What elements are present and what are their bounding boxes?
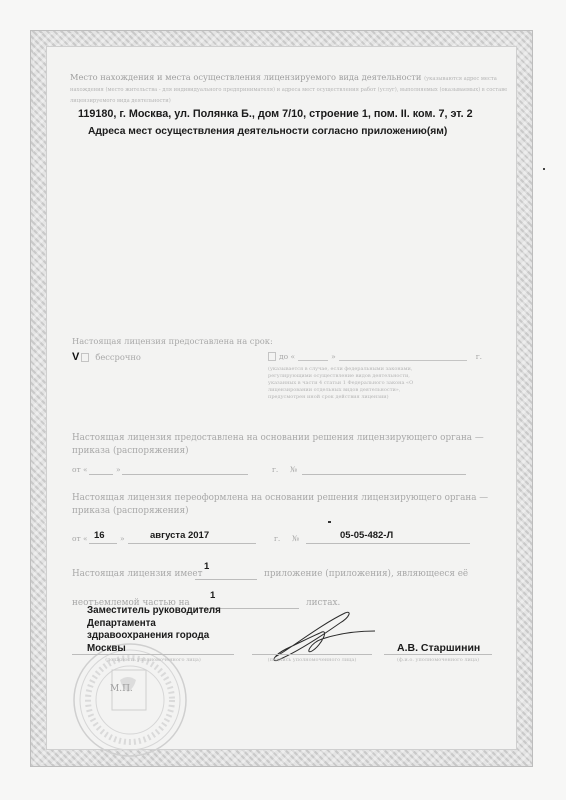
granted-number-field[interactable] bbox=[302, 474, 466, 475]
position-line bbox=[72, 654, 234, 655]
check-mark-icon: V bbox=[72, 351, 79, 363]
granted-date-row: от « » г. № bbox=[72, 465, 412, 477]
main-address: 119180, г. Москва, ул. Полянка Б., дом 7… bbox=[78, 108, 473, 120]
stamp-label: М.П. bbox=[110, 684, 133, 694]
indefinite-checkbox[interactable] bbox=[81, 353, 89, 362]
reissued-number-label: № bbox=[292, 534, 299, 543]
until-checkbox[interactable] bbox=[268, 352, 276, 361]
until-prefix: до « bbox=[279, 352, 295, 361]
reissued-number-line bbox=[306, 543, 470, 544]
until-month-year-field[interactable] bbox=[339, 352, 467, 361]
stray-dot bbox=[543, 168, 545, 170]
appendix-count: 1 bbox=[204, 561, 209, 572]
signature-line bbox=[252, 654, 372, 655]
granted-day-field[interactable] bbox=[89, 474, 113, 475]
indefinite-option[interactable]: V бессрочно bbox=[72, 351, 141, 363]
reissued-close-quote: » bbox=[120, 534, 125, 543]
signature-caption: (подпись уполномоченного лица) bbox=[252, 657, 372, 663]
term-label: Настоящая лицензия предоставлена на срок… bbox=[72, 336, 273, 346]
reissued-number: 05-05-482-Л bbox=[340, 530, 393, 541]
appendix-text-after: приложение (приложения), являющееся её bbox=[264, 569, 468, 579]
addresses-note: Адреса мест осуществления деятельности с… bbox=[88, 126, 447, 137]
granted-year-label: г. bbox=[272, 465, 278, 474]
until-close-quote: » bbox=[331, 352, 336, 361]
name-line bbox=[384, 654, 492, 655]
reissued-day: 16 bbox=[94, 530, 105, 541]
reissued-from-label: от « bbox=[72, 534, 88, 543]
reissued-date-row: от « 16 » августа 2017 г. № 05-05-482-Л bbox=[72, 530, 432, 544]
signatory-position: Заместитель руководителя Департамента зд… bbox=[87, 605, 221, 655]
until-day-field[interactable] bbox=[298, 352, 328, 361]
granted-from-label: от « bbox=[72, 465, 88, 474]
signatory-name: А.В. Старшинин bbox=[397, 642, 480, 654]
location-heading-block: Место нахождения и места осуществления л… bbox=[70, 72, 510, 105]
indefinite-label: бессрочно bbox=[95, 352, 141, 362]
name-caption: (ф.и.о. уполномоченного лица) bbox=[384, 657, 492, 663]
signature-icon bbox=[250, 605, 380, 665]
reissued-text: Настоящая лицензия переоформлена на осно… bbox=[72, 492, 492, 518]
position-line-3: здравоохранения города bbox=[87, 630, 221, 643]
appendix-row-1: Настоящая лицензия имеет 1 приложение (п… bbox=[72, 566, 502, 580]
reissued-month-year-line bbox=[128, 543, 256, 544]
granted-number-label: № bbox=[290, 465, 297, 474]
reissued-month-year: августа 2017 bbox=[150, 530, 209, 541]
position-line-2: Департамента bbox=[87, 618, 221, 631]
reissued-day-line bbox=[89, 543, 117, 544]
position-line-1: Заместитель руководителя bbox=[87, 605, 221, 618]
granted-close-quote: » bbox=[116, 465, 121, 474]
granted-text: Настоящая лицензия предоставлена на осно… bbox=[72, 432, 492, 458]
appendix-text-before: Настоящая лицензия имеет bbox=[72, 569, 203, 579]
location-heading: Место нахождения и места осуществления л… bbox=[70, 72, 421, 82]
until-note: (указывается в случае, если федеральными… bbox=[268, 366, 418, 401]
sheets-count: 1 bbox=[210, 590, 215, 601]
position-caption: (должность уполномоченного лица) bbox=[72, 657, 234, 663]
until-option[interactable]: до « » г. bbox=[268, 352, 482, 361]
granted-month-year-field[interactable] bbox=[122, 474, 248, 475]
appendix-count-line bbox=[195, 579, 257, 580]
until-year-suffix: г. bbox=[476, 352, 482, 361]
ink-dot bbox=[328, 521, 331, 523]
reissued-year-label: г. bbox=[274, 534, 280, 543]
